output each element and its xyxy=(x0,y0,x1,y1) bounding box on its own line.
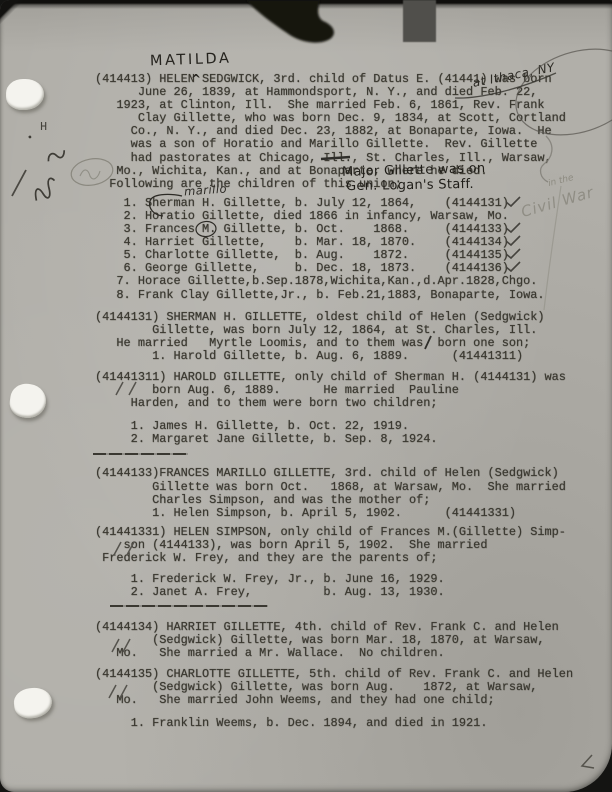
typed-line: 1. Helen Simpson, b. April 5, 1902. (414… xyxy=(95,507,573,520)
insertion-caret: ^ xyxy=(191,72,201,86)
typed-line: Charles Simpson, and was the mother of; xyxy=(95,494,573,507)
weems-child-list: 1. Franklin Weems, b. Dec. 1894, and die… xyxy=(95,717,573,730)
children-list: 1. Sherman H. Gillette, b. July 12, 1864… xyxy=(95,197,573,302)
section-divider xyxy=(93,453,188,455)
list-item: 7. Horace Gillette,b.Sep.1878,Wichita,Ka… xyxy=(95,275,573,288)
typed-line: (Sedgwick) Gillette, was born Aug. 1872,… xyxy=(95,681,573,694)
typed-line: Frederick W. Frey, and they are the pare… xyxy=(95,552,573,565)
typed-line: had pastorates at Chicago, Ill., St. Cha… xyxy=(95,152,573,165)
paragraph-harold-gillette: (41441311) HAROLD GILLETTE, only child o… xyxy=(95,371,573,410)
pencil-margin-slash xyxy=(12,170,26,196)
typed-line: (4144131) SHERMAN H. GILLETTE, oldest ch… xyxy=(95,311,573,324)
typed-line: was a son of Horatio and Marillo Gillett… xyxy=(95,138,573,151)
typed-line: Mo., Wichita, Kan., and at Bonaparte, wh… xyxy=(95,165,573,178)
paragraph-helen-sedgwick: (414413) HELEN SEDGWICK, 3rd. child of D… xyxy=(95,73,573,191)
typed-line: Mo. She married a Mr. Wallace. No childr… xyxy=(95,647,573,660)
paragraph-helen-simpson: (41441331) HELEN SIMPSON, only child of … xyxy=(95,526,573,565)
typed-line: (4144133)FRANCES MARILLO GILLETTE, 3rd. … xyxy=(95,467,573,480)
list-item: 2. Janet A. Frey, b. Aug. 13, 1930. xyxy=(95,586,573,599)
punch-hole xyxy=(13,686,54,720)
list-item: 1. Franklin Weems, b. Dec. 1894, and die… xyxy=(95,717,573,730)
margin-letter: H xyxy=(40,120,47,134)
scan-artifact-tape xyxy=(403,0,436,42)
corner-fold xyxy=(0,0,24,24)
typed-line: Gillette, was born July 12, 1864, at St.… xyxy=(95,324,573,337)
paragraph-frances-gillette: (4144133)FRANCES MARILLO GILLETTE, 3rd. … xyxy=(95,467,573,519)
typed-line: He married Myrtle Loomis, and to them wa… xyxy=(95,337,573,350)
list-item: 1. Sherman H. Gillette, b. July 12, 1864… xyxy=(95,197,573,210)
typed-document: (414413) HELEN SEDGWICK, 3rd. child of D… xyxy=(95,73,573,730)
scan-top-shadow xyxy=(0,0,612,9)
typed-line: Harden, and to them were born two childr… xyxy=(95,397,573,410)
scanned-page: (414413) HELEN SEDGWICK, 3rd. child of D… xyxy=(0,0,612,792)
punch-hole xyxy=(8,382,48,421)
typed-line: Mo. She married John Weems, and they had… xyxy=(95,694,573,707)
typed-line: 1. Harold Gillette, b. Aug. 6, 1889. (41… xyxy=(95,350,573,363)
handwritten-marillo: marillo xyxy=(184,182,228,199)
pencil-margin-scribble xyxy=(10,125,80,203)
pencil-corner-mark xyxy=(582,755,594,768)
typed-line: Gillette was born Oct. 1868, at Warsaw, … xyxy=(95,481,573,494)
paper-sheet: (414413) HELEN SEDGWICK, 3rd. child of D… xyxy=(0,0,612,792)
paragraph-charlotte-gillette: (4144135) CHARLOTTE GILLETTE, 5th. child… xyxy=(95,668,573,707)
typed-line: (4144135) CHARLOTTE GILLETTE, 5th. child… xyxy=(95,668,573,681)
paragraph-sherman-gillette: (4144131) SHERMAN H. GILLETTE, oldest ch… xyxy=(95,311,573,363)
punch-hole xyxy=(6,79,44,110)
paragraph-harriet-gillette: (4144134) HARRIET GILLETTE, 4th. child o… xyxy=(95,621,573,660)
list-item: 8. Frank Clay Gillette,Jr., b. Feb.21,18… xyxy=(95,289,573,302)
handwritten-matilda: MATILDA xyxy=(150,51,232,70)
harold-children-list: 1. James H. Gillette, b. Oct. 22, 1919. … xyxy=(95,420,573,446)
handwritten-major-note-line2: Gen. Logan's Staff. xyxy=(346,177,474,194)
section-divider xyxy=(110,605,268,607)
frey-children-list: 1. Frederick W. Frey, Jr., b. June 16, 1… xyxy=(95,573,573,599)
list-item: 2. Margaret Jane Gillette, b. Sep. 8, 19… xyxy=(95,433,573,446)
typed-line: (41441331) HELEN SIMPSON, only child of … xyxy=(95,526,573,539)
typed-line: Following are the children of this union… xyxy=(95,178,573,191)
